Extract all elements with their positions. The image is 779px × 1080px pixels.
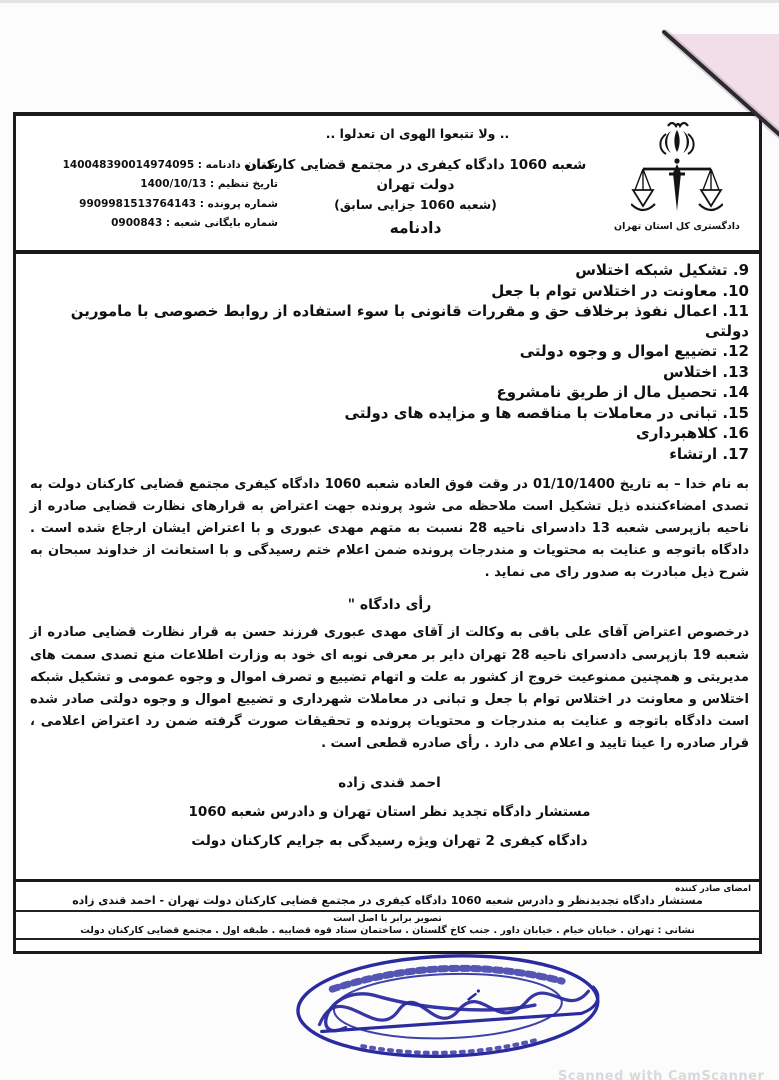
judge-signature-block: احمد قندی زاده مستشار دادگاه تجدید نظر ا… bbox=[30, 775, 749, 849]
document-frame: .. ولا تتبعوا الهوی ان تعدلوا .. bbox=[13, 112, 762, 954]
charge-item: 12. تضییع اموال و وجوه دولتی bbox=[30, 342, 749, 362]
charge-item: 13. اختلاس bbox=[30, 363, 749, 383]
document-body: 9. تشکیل شبکه اختلاس10. معاونت در اختلاس… bbox=[16, 254, 759, 879]
intro-paragraph: به نام خدا – به تاریخ 01/10/1400 در وقت … bbox=[30, 474, 749, 584]
charge-item: 14. تحصیل مال از طریق نامشروع bbox=[30, 383, 749, 403]
document-header: .. ولا تتبعوا الهوی ان تعدلوا .. bbox=[16, 116, 759, 254]
document-footer: امضای صادر کننده مستشار دادگاه تجدیدنظر … bbox=[16, 879, 759, 951]
judiciary-emblem: دادگستری کل استان تهران bbox=[603, 118, 751, 232]
charge-item: 11. اعمال نفوذ برخلاف حق و مقررات قانونی… bbox=[30, 302, 749, 341]
emblem-caption: دادگستری کل استان تهران bbox=[603, 221, 751, 232]
charge-item: 10. معاونت در اختلاس توام با جعل bbox=[30, 282, 749, 302]
quran-verse: .. ولا تتبعوا الهوی ان تعدلوا .. bbox=[226, 126, 609, 141]
case-info-line: شماره بایگانی شعبه : 0900843 bbox=[32, 214, 278, 233]
judge-title-1: مستشار دادگاه تجدید نظر استان تهران و دا… bbox=[30, 804, 749, 820]
signer-label: امضای صادر کننده bbox=[16, 882, 759, 894]
charge-item: 17. ارتشاء bbox=[30, 445, 749, 465]
case-info-line: شماره پرونده : 9909981513764143 bbox=[32, 195, 278, 214]
court-address: نشانی : تهران . خیابان خیام . خیابان داو… bbox=[16, 925, 759, 940]
case-info: شماره دادنامه : 140048390014974095تاریخ … bbox=[32, 156, 278, 234]
verdict-heading: رأی دادگاه " bbox=[30, 597, 749, 613]
charges-list: 9. تشکیل شبکه اختلاس10. معاونت در اختلاس… bbox=[30, 261, 749, 464]
judge-title-2: دادگاه کیفری 2 تهران ویژه رسیدگی به جرای… bbox=[30, 833, 749, 849]
scanner-watermark: Scanned with CamScanner bbox=[558, 1069, 764, 1080]
court-subtitle: (شعبه 1060 جزایی سابق) bbox=[228, 197, 603, 212]
court-title: شعبه 1060 دادگاه کیفری در مجتمع قضایی کا… bbox=[228, 156, 603, 195]
court-title-block: شعبه 1060 دادگاه کیفری در مجتمع قضایی کا… bbox=[228, 156, 603, 237]
scales-of-justice-icon bbox=[631, 118, 723, 216]
signer-line: مستشار دادگاه تجدیدنظر و دادرس شعبه 1060… bbox=[16, 894, 759, 912]
scanned-court-document: .. ولا تتبعوا الهوی ان تعدلوا .. bbox=[0, 0, 779, 1080]
court-stamp-signature bbox=[281, 942, 620, 1076]
charge-item: 16. کلاهبرداری bbox=[30, 424, 749, 444]
judge-name: احمد قندی زاده bbox=[30, 775, 749, 791]
verdict-paragraph: درخصوص اعتراض آقای علی باقی به وکالت از … bbox=[30, 622, 749, 755]
case-info-line: شماره دادنامه : 140048390014974095 bbox=[32, 156, 278, 175]
photo-edge-strip bbox=[0, 0, 779, 3]
certified-copy-note: تصویر برابر با اصل است bbox=[16, 914, 759, 924]
case-info-line: تاریخ تنظیم : 1400/10/13 bbox=[32, 175, 278, 194]
document-title: دادنامه bbox=[228, 219, 603, 237]
charge-item: 9. تشکیل شبکه اختلاس bbox=[30, 261, 749, 281]
charge-item: 15. تبانی در معاملات با مناقصه ها و مزای… bbox=[30, 404, 749, 424]
